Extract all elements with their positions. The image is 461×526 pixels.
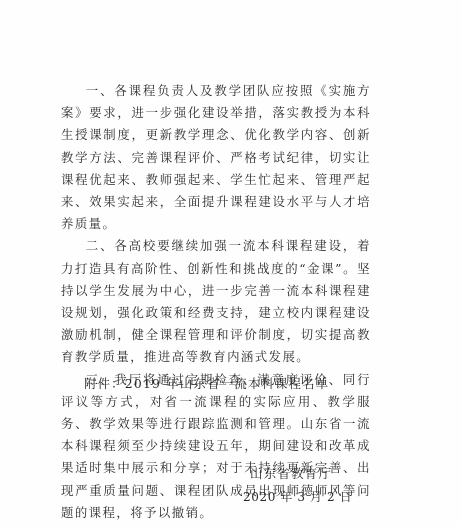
document-body: 一、各课程负责人及教学团队应按照《实施方案》要求，进一步强化建设举措，落实教授为… <box>61 80 371 524</box>
paragraph-1: 一、各课程负责人及教学团队应按照《实施方案》要求，进一步强化建设举措，落实教授为… <box>61 80 371 235</box>
document-page: 一、各课程负责人及教学团队应按照《实施方案》要求，进一步强化建设举措，落实教授为… <box>0 0 461 526</box>
issue-date: 2020 年 3 月 2 日 <box>243 486 352 508</box>
attachment-line: 附件：2019 年山东省一流本科课程名单 <box>84 373 329 395</box>
signature: 山东省教育厅 <box>250 463 332 485</box>
paragraph-2: 二、各高校要继续加强一流本科课程建设，着力打造具有高阶性、创新性和挑战度的“金课… <box>61 235 371 368</box>
